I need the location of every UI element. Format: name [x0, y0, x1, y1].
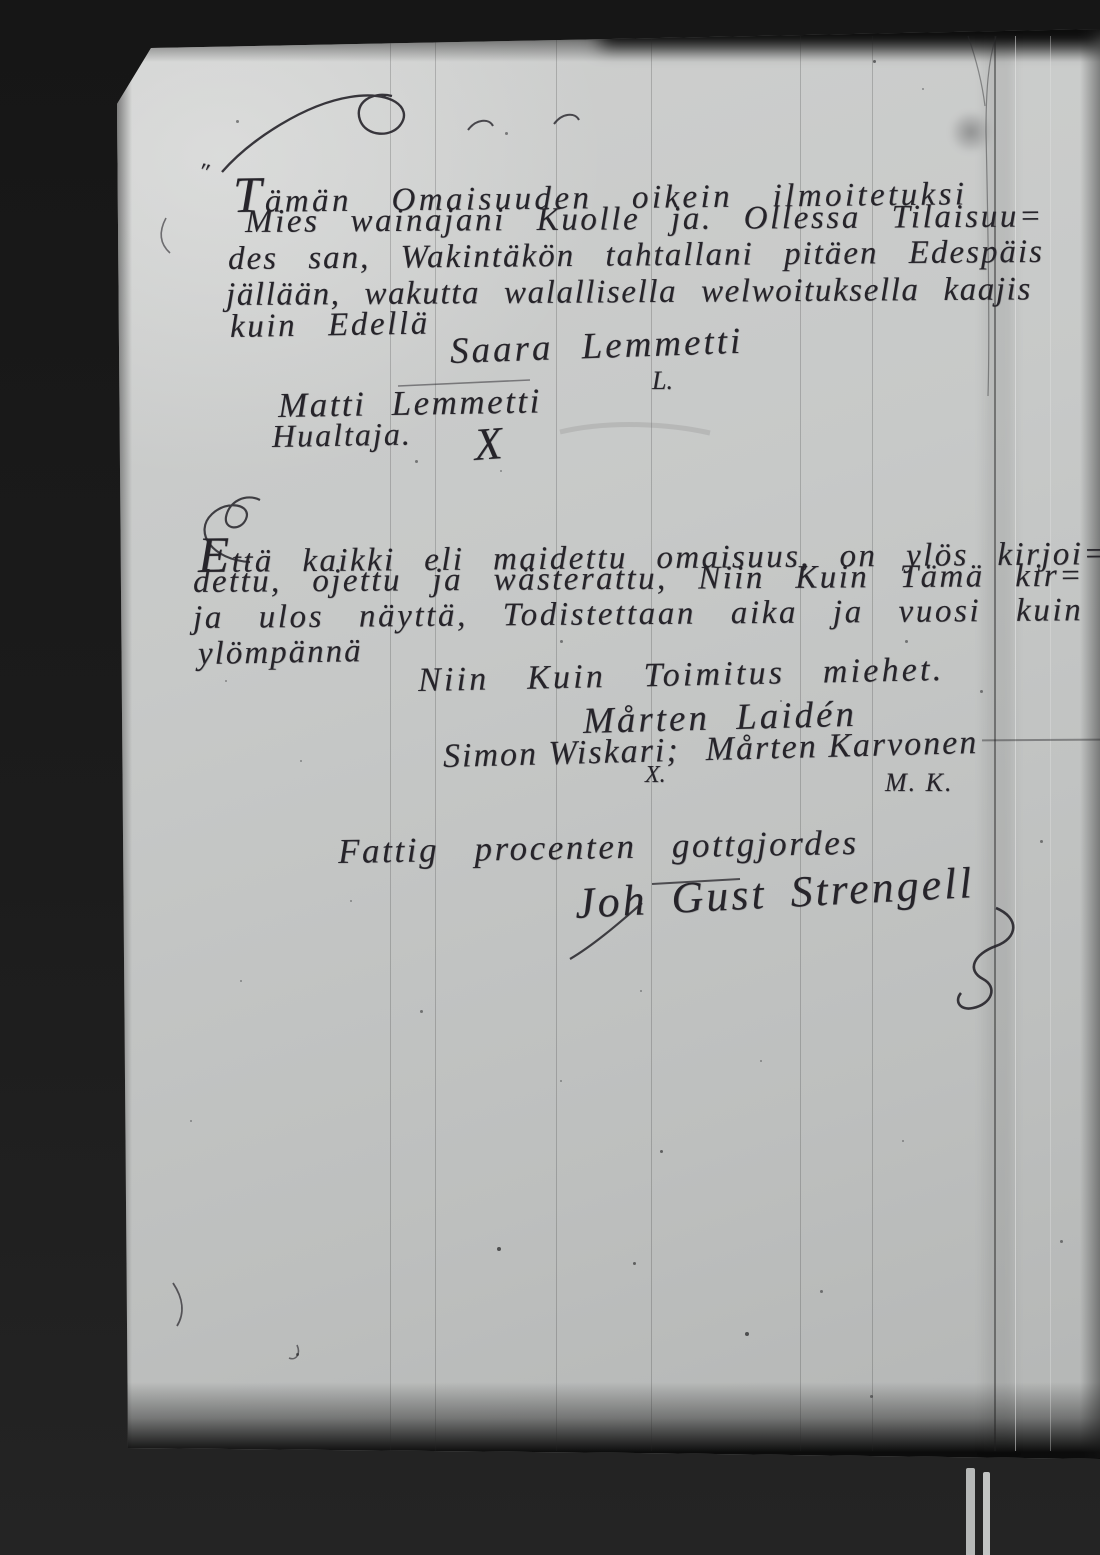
dust-speck [660, 1150, 663, 1153]
dust-speck [980, 690, 983, 693]
paragraph2-line3: ja ulos näyttä, Todistettaan aika ja vuo… [193, 592, 1084, 637]
dust-speck [415, 460, 418, 463]
dust-speck [505, 132, 508, 135]
closing-note: Fattig procenten gottgjordes [338, 823, 859, 872]
dust-speck [780, 700, 782, 702]
dust-speck [296, 1353, 299, 1356]
ruler-bar [983, 1472, 990, 1555]
paragraph1-line5: kuin Edellä [230, 306, 430, 346]
dust-speck [236, 120, 239, 123]
dust-speck [384, 95, 386, 97]
witness-mark-3: M. K. [885, 768, 954, 798]
dust-speck [922, 88, 924, 90]
dust-speck [190, 1120, 192, 1122]
guardian-mark: X [472, 416, 504, 471]
guardian-role: Hualtaja. [272, 416, 412, 455]
dust-speck [225, 680, 227, 682]
dust-speck [905, 640, 908, 643]
dust-speck [500, 470, 502, 472]
dust-speck [497, 1247, 501, 1251]
dust-speck [870, 1395, 873, 1398]
dust-speck [902, 1140, 904, 1142]
ruler-bar [966, 1468, 975, 1555]
dust-speck [760, 1060, 762, 1062]
witness-heading: Niin Kuin Toimitus miehet. [418, 651, 945, 700]
dust-speck [745, 1332, 749, 1336]
document-page: ″ Tämän Omaisuuden oikein ilmoitetuksi M… [0, 0, 1100, 1555]
dust-speck [1040, 840, 1043, 843]
dust-speck [820, 1290, 823, 1293]
dust-speck [1060, 1240, 1063, 1243]
opening-quote-mark: ″ [195, 158, 211, 187]
dust-speck [420, 1010, 423, 1013]
closing-signature: Joh Gust Strengell [574, 857, 976, 929]
dust-speck [873, 60, 876, 63]
dust-speck [560, 1080, 562, 1082]
handwriting-layer: ″ Tämän Omaisuuden oikein ilmoitetuksi M… [0, 0, 1100, 1555]
declarant-mark: L. [652, 366, 673, 396]
dust-speck [560, 640, 563, 643]
witness-signature-3: Mårten Karvonen [705, 724, 979, 768]
paragraph2-line4: ylömpännä [198, 633, 363, 673]
dust-speck [300, 760, 302, 762]
dust-speck [633, 1262, 636, 1265]
dust-speck [640, 990, 642, 992]
dust-speck [350, 900, 352, 902]
witness-mark-2: X. [645, 762, 666, 789]
declarant-signature: Saara Lemmetti [449, 320, 744, 373]
dust-speck [240, 980, 242, 982]
scan-stage: ″ Tämän Omaisuuden oikein ilmoitetuksi M… [0, 0, 1100, 1555]
